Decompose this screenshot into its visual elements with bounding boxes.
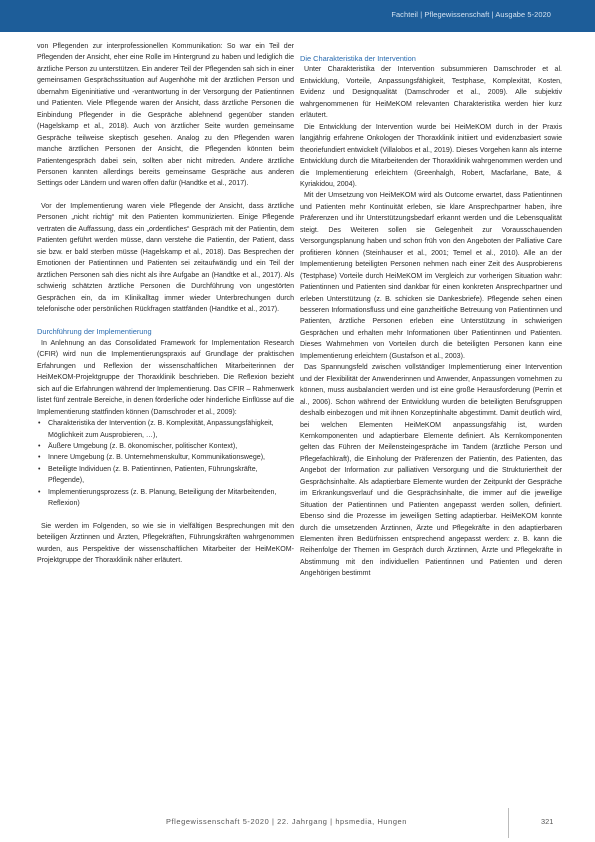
section-heading: Durchführung der Implementierung (37, 326, 294, 337)
paragraph: Das Spannungsfeld zwischen vollständiger… (300, 362, 562, 580)
paragraph: Mit der Umsetzung von HeiMeKOM wird als … (300, 190, 562, 362)
journal-info: Pflegewissenschaft 5-2020 | 22. Jahrgang… (166, 817, 407, 826)
cfir-factor-list: Charakteristika der Intervention (z. B. … (37, 418, 294, 510)
page-number: 321 (541, 817, 553, 826)
paragraph: Unter Charakteristika der Intervention s… (300, 64, 562, 121)
list-item: Beteiligte Individuen (z. B. Patientinne… (37, 464, 294, 487)
list-item: Implementierungsprozess (z. B. Planung, … (37, 487, 294, 510)
running-title: Fachteil | Pflegewissenschaft | Ausgabe … (391, 10, 551, 19)
page-footer: Pflegewissenschaft 5-2020 | 22. Jahrgang… (0, 808, 595, 842)
left-column: von Pflegenden zur interprofessionellen … (37, 41, 294, 566)
paragraph: Sie werden im Folgenden, so wie sie in v… (37, 521, 294, 567)
header-bar: Fachteil | Pflegewissenschaft | Ausgabe … (0, 0, 595, 32)
paragraph: von Pflegenden zur interprofessionellen … (37, 41, 294, 190)
paragraph: In Anlehnung an das Consolidated Framewo… (37, 338, 294, 418)
list-item: Äußere Umgebung (z. B. ökonomischer, pol… (37, 441, 294, 452)
list-item: Charakteristika der Intervention (z. B. … (37, 418, 294, 441)
paragraph: Vor der Implementierung waren viele Pfle… (37, 201, 294, 316)
footer-divider (508, 808, 509, 838)
paragraph: Die Entwicklung der Intervention wurde b… (300, 122, 562, 191)
right-column: Die Charakteristika der Intervention Unt… (300, 53, 562, 580)
section-heading: Die Charakteristika der Intervention (300, 53, 562, 64)
list-item: Innere Umgebung (z. B. Unternehmenskultu… (37, 452, 294, 463)
